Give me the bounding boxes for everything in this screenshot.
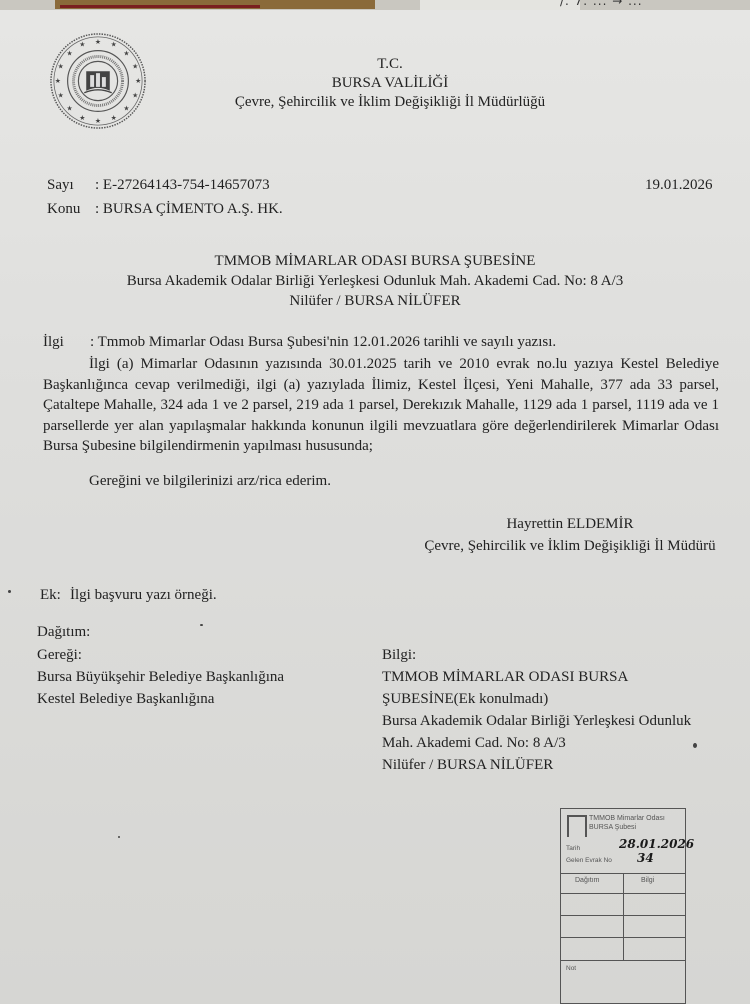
attachment-value: İlgi başvuru yazı örneği.: [70, 585, 217, 605]
bilgi-label: Bilgi:: [382, 645, 416, 665]
ilgi-label: İlgi: [43, 332, 64, 352]
speck: [8, 590, 11, 593]
distribution-title: Dağıtım:: [37, 622, 90, 642]
speck: [118, 836, 120, 838]
konu-label: Konu: [47, 199, 80, 219]
stamp-divider: [561, 915, 685, 916]
svg-text:★: ★: [123, 50, 129, 58]
ilgi-value: : Tmmob Mimarlar Odası Bursa Şubesi'nin …: [90, 332, 556, 352]
svg-text:★: ★: [79, 114, 85, 122]
paper-edge: [420, 0, 580, 10]
handwritten-note: /. 7. ... → ...: [560, 0, 643, 8]
svg-text:★: ★: [79, 41, 85, 49]
gereği-item: Bursa Büyükşehir Belediye Başkanlığına: [37, 667, 284, 687]
gereği-item: Kestel Belediye Başkanlığına: [37, 689, 214, 709]
signatory-name: Hayrettin ELDEMİR: [410, 514, 730, 534]
stamp-divider: [561, 960, 685, 961]
stamp-col-bilgi: Bilgi: [641, 877, 654, 884]
sayi-value: : E-27264143-754-14657073: [95, 175, 270, 195]
ministry-seal-icon: ★★★ ★★★★ ★★★★ ★★★★ ★: [49, 32, 147, 130]
bilgi-item: Bursa Akademik Odalar Birliği Yerleşkesi…: [382, 711, 691, 731]
document-date: 19.01.2026: [645, 175, 713, 195]
svg-text:★: ★: [111, 114, 117, 122]
bilgi-item: TMMOB MİMARLAR ODASI BURSA: [382, 667, 628, 687]
header-tc: T.C.: [200, 54, 580, 74]
svg-text:★: ★: [111, 41, 117, 49]
svg-text:★: ★: [58, 62, 64, 70]
speck: [693, 743, 697, 748]
stamp-evrak-value: 34: [637, 851, 654, 865]
chamber-logo-icon: [567, 815, 587, 837]
stamp-tarih-label: Tarih: [566, 845, 580, 852]
sayi-label: Sayı: [47, 175, 74, 195]
document-page: ★★★ ★★★★ ★★★★ ★★★★ ★ T.C. BURSA VALİLİĞİ…: [0, 10, 750, 1004]
bilgi-item: ŞUBESİNE(Ek konulmadı): [382, 689, 548, 709]
bilgi-item: Nilüfer / BURSA NİLÜFER: [382, 755, 553, 775]
stamp-divider: [561, 937, 685, 938]
stamp-org-line2: BURSA Şubesi: [589, 823, 636, 832]
stamp-tarih-value: 28.01.2026: [619, 837, 694, 851]
recipient-address: Bursa Akademik Odalar Birliği Yerleşkesi…: [0, 271, 750, 291]
konu-value: : BURSA ÇİMENTO A.Ş. HK.: [95, 199, 283, 219]
svg-text:★: ★: [95, 38, 101, 46]
svg-text:★: ★: [132, 62, 138, 70]
svg-text:★: ★: [135, 77, 141, 85]
stamp-divider: [623, 873, 624, 960]
header-directorate: Çevre, Şehircilik ve İklim Değişikliği İ…: [200, 92, 580, 112]
svg-text:★: ★: [67, 104, 73, 112]
bilgi-item: Mah. Akademi Cad. No: 8 A/3: [382, 733, 566, 753]
received-stamp: TMMOB Mimarlar Odası BURSA Şubesi Tarih …: [560, 808, 686, 1004]
stamp-evrak-label: Gelen Evrak No: [566, 857, 612, 864]
signatory-title: Çevre, Şehircilik ve İklim Değişikliği İ…: [410, 536, 730, 556]
body-text: İlgi (a) Mimarlar Odasının yazısında 30.…: [43, 356, 719, 454]
folder-stripe: [60, 5, 260, 8]
svg-text:★: ★: [58, 92, 64, 100]
attachment-label: Ek:: [40, 585, 61, 605]
recipient-name: TMMOB MİMARLAR ODASI BURSA ŞUBESİNE: [0, 251, 750, 271]
stamp-not-label: Not: [566, 965, 576, 972]
svg-text:★: ★: [55, 77, 61, 85]
gereği-label: Gereği:: [37, 645, 82, 665]
svg-text:★: ★: [95, 117, 101, 125]
svg-text:★: ★: [123, 104, 129, 112]
stamp-col-dagitim: Dağıtım: [575, 877, 600, 884]
svg-text:★: ★: [132, 92, 138, 100]
stamp-divider: [561, 893, 685, 894]
header-office: BURSA VALİLİĞİ: [200, 73, 580, 93]
svg-text:★: ★: [67, 50, 73, 58]
stamp-org-line1: TMMOB Mimarlar Odası: [589, 814, 665, 823]
speck: [200, 624, 203, 626]
body-paragraph: İlgi (a) Mimarlar Odasının yazısında 30.…: [43, 354, 719, 457]
closing-line: Gereğini ve bilgilerinizi arz/rica ederi…: [89, 471, 331, 491]
recipient-city: Nilüfer / BURSA NİLÜFER: [0, 291, 750, 311]
